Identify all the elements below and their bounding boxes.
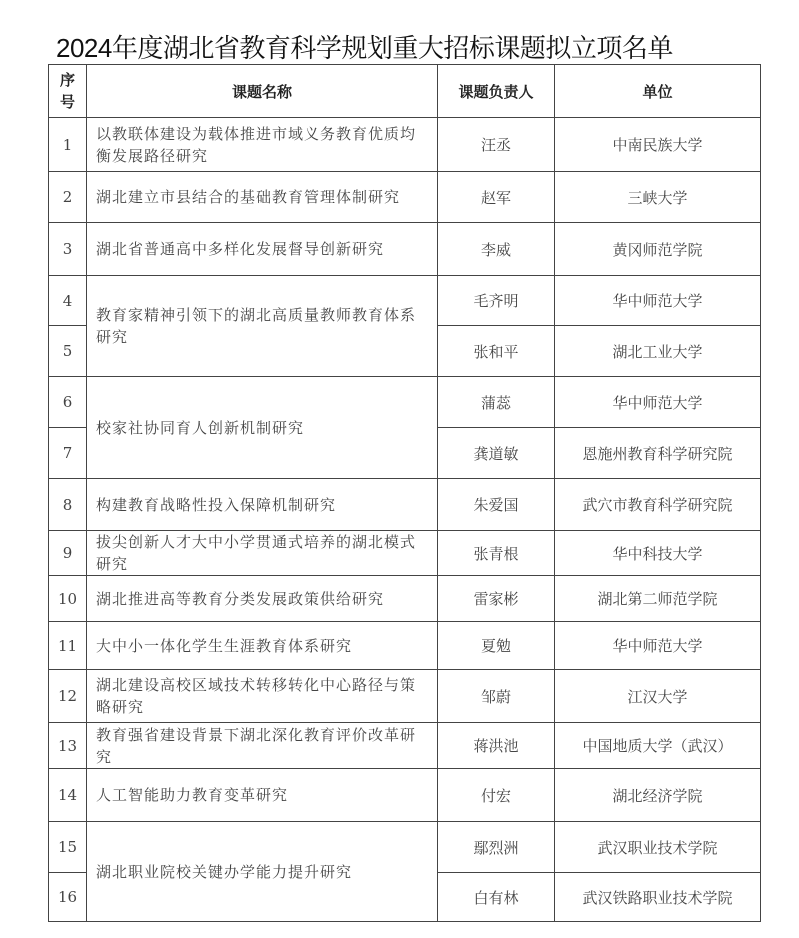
table-row: 9 拔尖创新人才大中小学贯通式培养的湖北模式研究 张青根 华中科技大学 [49,531,761,576]
row-unit: 武穴市教育科学研究院 [555,479,761,531]
row-unit: 湖北工业大学 [555,326,761,377]
row-index: 11 [49,622,87,670]
row-index: 13 [49,723,87,769]
row-unit: 中国地质大学（武汉） [555,723,761,769]
row-leader: 蒋洪池 [438,723,555,769]
row-index: 3 [49,223,87,276]
header-unit: 单位 [555,65,761,118]
row-leader: 张和平 [438,326,555,377]
row-index: 14 [49,769,87,822]
row-topic: 教育强省建设背景下湖北深化教育评价改革研究 [87,723,438,769]
header-index: 序号 [49,65,87,118]
row-unit: 湖北经济学院 [555,769,761,822]
row-index: 7 [49,428,87,479]
row-topic: 人工智能助力教育变革研究 [87,769,438,822]
table-row: 13 教育强省建设背景下湖北深化教育评价改革研究 蒋洪池 中国地质大学（武汉） [49,723,761,769]
table-row: 15 湖北职业院校关键办学能力提升研究 鄢烈洲 武汉职业技术学院 [49,822,761,873]
row-unit: 恩施州教育科学研究院 [555,428,761,479]
row-leader: 付宏 [438,769,555,822]
header-leader: 课题负责人 [438,65,555,118]
row-leader: 赵军 [438,172,555,223]
row-index: 9 [49,531,87,576]
row-topic: 教育家精神引领下的湖北高质量教师教育体系研究 [87,276,438,377]
row-unit: 三峡大学 [555,172,761,223]
row-leader: 夏勉 [438,622,555,670]
table-row: 1 以教联体建设为载体推进市域义务教育优质均衡发展路径研究 汪丞 中南民族大学 [49,118,761,172]
row-leader: 邹蔚 [438,670,555,723]
row-unit: 华中师范大学 [555,377,761,428]
row-leader: 毛齐明 [438,276,555,326]
row-index: 8 [49,479,87,531]
table-row: 6 校家社协同育人创新机制研究 蒲蕊 华中师范大学 [49,377,761,428]
row-index: 4 [49,276,87,326]
table-header-row: 序号 课题名称 课题负责人 单位 [49,65,761,118]
row-index: 10 [49,576,87,622]
row-unit: 江汉大学 [555,670,761,723]
table-row: 8 构建教育战略性投入保障机制研究 朱爱国 武穴市教育科学研究院 [49,479,761,531]
row-topic: 湖北建立市县结合的基础教育管理体制研究 [87,172,438,223]
table-row: 11 大中小一体化学生生涯教育体系研究 夏勉 华中师范大学 [49,622,761,670]
row-unit: 武汉职业技术学院 [555,822,761,873]
row-index: 6 [49,377,87,428]
row-index: 1 [49,118,87,172]
row-leader: 朱爱国 [438,479,555,531]
row-leader: 汪丞 [438,118,555,172]
table-row: 4 教育家精神引领下的湖北高质量教师教育体系研究 毛齐明 华中师范大学 [49,276,761,326]
row-unit: 湖北第二师范学院 [555,576,761,622]
row-topic: 湖北推进高等教育分类发展政策供给研究 [87,576,438,622]
row-topic: 湖北省普通高中多样化发展督导创新研究 [87,223,438,276]
row-unit: 武汉铁路职业技术学院 [555,873,761,922]
row-unit: 黄冈师范学院 [555,223,761,276]
row-index: 15 [49,822,87,873]
row-leader: 张青根 [438,531,555,576]
row-leader: 李威 [438,223,555,276]
row-unit: 华中科技大学 [555,531,761,576]
table-row: 10 湖北推进高等教育分类发展政策供给研究 雷家彬 湖北第二师范学院 [49,576,761,622]
table-row: 3 湖北省普通高中多样化发展督导创新研究 李威 黄冈师范学院 [49,223,761,276]
row-topic: 构建教育战略性投入保障机制研究 [87,479,438,531]
row-topic: 校家社协同育人创新机制研究 [87,377,438,479]
row-index: 5 [49,326,87,377]
row-index: 16 [49,873,87,922]
row-topic: 以教联体建设为载体推进市域义务教育优质均衡发展路径研究 [87,118,438,172]
table-row: 12 湖北建设高校区域技术转移转化中心路径与策略研究 邹蔚 江汉大学 [49,670,761,723]
row-index: 12 [49,670,87,723]
project-list-table: 序号 课题名称 课题负责人 单位 1 以教联体建设为载体推进市域义务教育优质均衡… [48,64,761,922]
row-leader: 白有林 [438,873,555,922]
row-topic: 拔尖创新人才大中小学贯通式培养的湖北模式研究 [87,531,438,576]
row-unit: 华中师范大学 [555,276,761,326]
row-leader: 鄢烈洲 [438,822,555,873]
row-unit: 中南民族大学 [555,118,761,172]
row-leader: 龚道敏 [438,428,555,479]
table-row: 14 人工智能助力教育变革研究 付宏 湖北经济学院 [49,769,761,822]
row-leader: 雷家彬 [438,576,555,622]
document-title: 2024年度湖北省教育科学规划重大招标课题拟立项名单 [56,28,673,65]
header-topic: 课题名称 [87,65,438,118]
row-index: 2 [49,172,87,223]
table-row: 2 湖北建立市县结合的基础教育管理体制研究 赵军 三峡大学 [49,172,761,223]
row-unit: 华中师范大学 [555,622,761,670]
row-topic: 湖北职业院校关键办学能力提升研究 [87,822,438,922]
row-leader: 蒲蕊 [438,377,555,428]
row-topic: 大中小一体化学生生涯教育体系研究 [87,622,438,670]
row-topic: 湖北建设高校区域技术转移转化中心路径与策略研究 [87,670,438,723]
